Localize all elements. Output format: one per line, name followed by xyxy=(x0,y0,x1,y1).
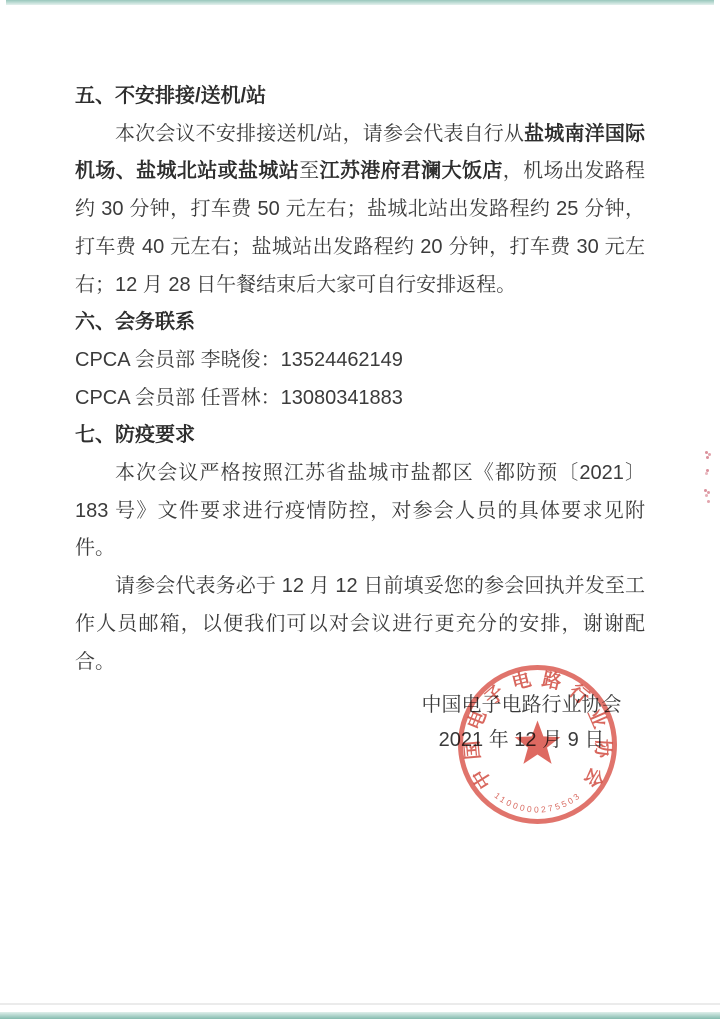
red-ink-artifact xyxy=(704,489,707,492)
text-run: 至 xyxy=(299,160,319,182)
red-ink-artifact xyxy=(706,469,709,472)
official-seal-stamp: 中国电子电路行业协会 1100000275503 xyxy=(452,659,623,830)
svg-text:1100000275503: 1100000275503 xyxy=(493,790,583,814)
scan-edge-top xyxy=(6,0,714,5)
red-ink-artifact xyxy=(705,451,708,454)
seal-star xyxy=(515,721,561,764)
document-page: 五、不安排接/送机/站 本次会议不安排接送机/站，请参会代表自行从盐城南洋国际机… xyxy=(0,0,720,1019)
section6-heading: 六、会务联系 xyxy=(75,304,645,342)
text-run-bold-hotel: 江苏港府君澜大饭店 xyxy=(319,160,502,182)
contact-line-1: CPCA 会员部 李晓俊：13524462149 xyxy=(75,342,645,380)
text-run: 本次会议不安排接送机/站，请参会代表自行从 xyxy=(115,123,524,145)
contact-line-2: CPCA 会员部 任晋林：13080341883 xyxy=(75,380,645,418)
section5-heading: 五、不安排接/送机/站 xyxy=(75,78,645,116)
scan-edge-bottom xyxy=(0,1012,720,1019)
document-body: 五、不安排接/送机/站 本次会议不安排接送机/站，请参会代表自行从盐城南洋国际机… xyxy=(75,78,645,681)
section7-heading: 七、防疫要求 xyxy=(75,417,645,455)
scan-line-artifact xyxy=(0,1003,720,1005)
seal-serial-number: 1100000275503 xyxy=(493,790,583,814)
section5-paragraph: 本次会议不安排接送机/站，请参会代表自行从盐城南洋国际机场、盐城北站或盐城站至江… xyxy=(75,116,645,305)
section7-paragraph: 本次会议严格按照江苏省盐城市盐都区《都防预〔2021〕183 号》文件要求进行疫… xyxy=(75,455,645,568)
